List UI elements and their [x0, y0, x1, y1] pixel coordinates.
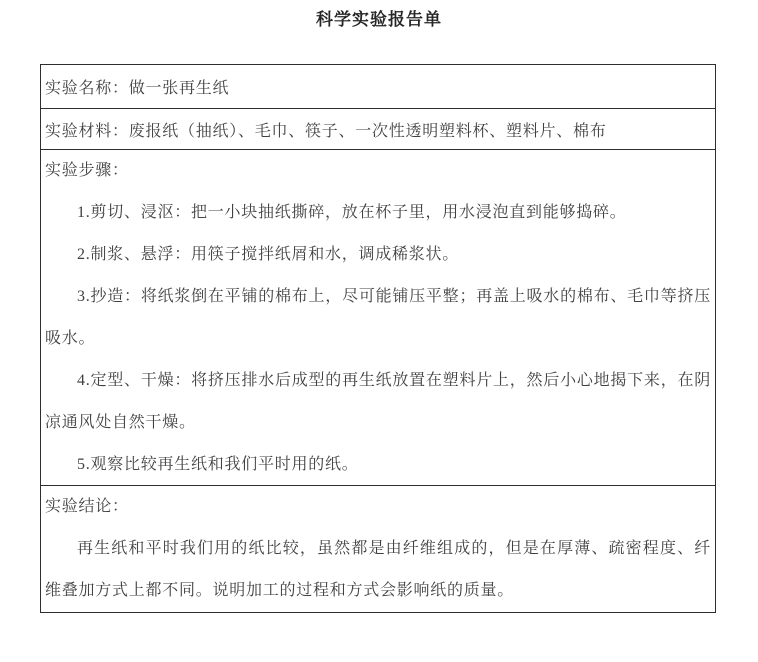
- experiment-materials-label: 实验材料：: [45, 123, 129, 140]
- page-title: 科学实验报告单: [0, 0, 758, 31]
- row-experiment-steps: 实验步骤： 1.剪切、浸沤：把一小块抽纸撕碎，放在杯子里，用水浸泡直到能够捣碎。…: [41, 150, 715, 486]
- experiment-step-1: 1.剪切、浸沤：把一小块抽纸撕碎，放在杯子里，用水浸泡直到能够捣碎。: [45, 192, 711, 234]
- experiment-name-label: 实验名称：: [45, 80, 129, 97]
- experiment-step-5: 5.观察比较再生纸和我们平时用的纸。: [45, 444, 711, 486]
- experiment-steps-label: 实验步骤：: [45, 150, 711, 192]
- row-experiment-materials: 实验材料：废报纸（抽纸）、毛巾、筷子、一次性透明塑料杯、塑料片、棉布: [41, 109, 715, 150]
- experiment-report-page: 科学实验报告单 实验名称：做一张再生纸 实验材料：废报纸（抽纸）、毛巾、筷子、一…: [0, 0, 758, 662]
- experiment-step-3: 3.抄造：将纸浆倒在平铺的棉布上，尽可能铺压平整；再盖上吸水的棉布、毛巾等挤压吸…: [45, 276, 711, 360]
- row-experiment-name: 实验名称：做一张再生纸: [41, 65, 715, 109]
- experiment-step-2: 2.制浆、悬浮：用筷子搅拌纸屑和水，调成稀浆状。: [45, 234, 711, 276]
- experiment-name-value: 做一张再生纸: [129, 80, 230, 97]
- experiment-step-4: 4.定型、干燥：将挤压排水后成型的再生纸放置在塑料片上，然后小心地揭下来，在阴凉…: [45, 360, 711, 444]
- experiment-conclusion-text: 再生纸和平时我们用的纸比较，虽然都是由纤维组成的，但是在厚薄、疏密程度、纤维叠加…: [45, 528, 711, 612]
- experiment-materials-value: 废报纸（抽纸）、毛巾、筷子、一次性透明塑料杯、塑料片、棉布: [129, 123, 607, 140]
- row-experiment-conclusion: 实验结论： 再生纸和平时我们用的纸比较，虽然都是由纤维组成的，但是在厚薄、疏密程…: [41, 486, 715, 612]
- report-table: 实验名称：做一张再生纸 实验材料：废报纸（抽纸）、毛巾、筷子、一次性透明塑料杯、…: [40, 64, 716, 613]
- experiment-conclusion-label: 实验结论：: [45, 486, 711, 528]
